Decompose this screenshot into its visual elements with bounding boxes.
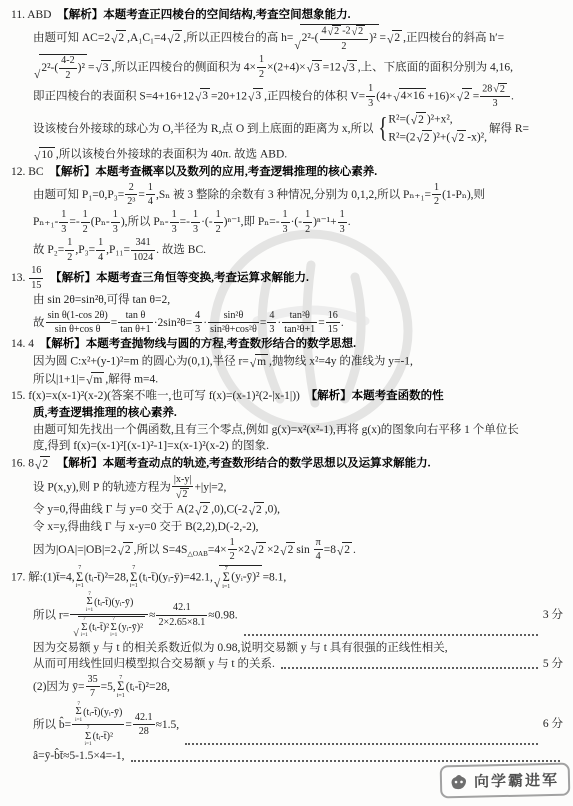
solution-line: √10,所以该棱台外接球的表面积为 40π. 故选 ABD. bbox=[10, 147, 565, 163]
solution-line: 质,考查逻辑推理的核心素养. bbox=[10, 406, 565, 421]
solution-line: 故 P₂=12,P₃=14,P₁₁=3411024. 故选 BC. bbox=[10, 237, 565, 263]
solution-text: 由题可知 P₁=0,P₃=22³=14,Sₙ 被 3 整除的余数有 3 种情况,… bbox=[33, 182, 485, 208]
solution-line: √2²-(4-22)²=√3,所以正四棱台的侧面积为 4×12×(2+4)×√3… bbox=[10, 54, 565, 81]
solution-text: â=ȳ-b̂t̄≈5-1.5×4=-1, bbox=[33, 749, 125, 764]
solution-text: 17. 解:(1)t̄=4,7Σi=1(tᵢ-t̄)²=28,7Σi=1(tᵢ-… bbox=[11, 565, 286, 591]
solution-text: 16. 8√2 【解析】本题考查动点的轨迹,考查数形结合的数学思想以及运算求解能… bbox=[11, 456, 431, 472]
solution-text: 所以 b̂=7Σi=1(tᵢ-t̄)(yᵢ-ȳ)7Σi=1(tᵢ-t̄)²=4… bbox=[33, 702, 179, 748]
solution-line: 14. 4 【解析】本题考查抛物线与圆的方程,考查数形结合的数学思想. bbox=[10, 337, 565, 352]
solution-line: 由 sin 2θ=sin²θ,可得 tan θ=2, bbox=[10, 293, 565, 308]
solution-text: 故sin θ(1-cos 2θ)sin θ+cos θ=tan θtan θ+1… bbox=[33, 310, 344, 336]
solution-text: 令 y=0,得曲线 Γ 与 y=0 交于 A(2√2,0),C(-2√2,0), bbox=[33, 502, 280, 518]
solution-text: 即正四棱台的表面积 S=4+16+12√3=20+12√3,正四棱台的体积 V=… bbox=[33, 83, 514, 110]
solution-text: 令 x=y,得曲线 Γ 与 x-y=0 交于 B(2,2),D(-2,-2), bbox=[33, 520, 259, 535]
solution-text: 从而可用线性回归模型拟合交易额 y 与 t 的关系. bbox=[33, 657, 275, 672]
solution-text: 13. 1615 【解析】本题考查三角恒等变换,考查运算求解能力. bbox=[11, 265, 309, 291]
dotted-leader bbox=[281, 661, 538, 669]
solution-line: 由题可知先找出一个偶函数,且有三个零点,例如 g(x)=x²(x²-1),再将 … bbox=[10, 423, 565, 438]
solution-text: 14. 4 【解析】本题考查抛物线与圆的方程,考查数形结合的数学思想. bbox=[11, 337, 356, 352]
solution-line: 即正四棱台的表面积 S=4+16+12√3=20+12√3,正四棱台的体积 V=… bbox=[10, 83, 565, 110]
solution-text: 因为|OA|=|OB|=2√2,所以 S=4S△OAB=4×12×2√2×2√2… bbox=[33, 537, 356, 563]
solution-line: 所以 r=7Σi=1(tᵢ-t̄)(yᵢ-ȳ)√7Σi=1(tᵢ-t̄)²7Σ… bbox=[10, 592, 565, 639]
solution-text: 由题可知 AC=2√2,A₁C₁=4√2,所以正四棱台的高 h=√2²-(4√2… bbox=[33, 24, 504, 52]
solution-line: 度,得到 f(x)=(x-1)²[(x-1)²-1]=x(x-1)²(x-2) … bbox=[10, 439, 565, 454]
solution-text: 故 P₂=12,P₃=14,P₁₁=3411024. 故选 BC. bbox=[33, 237, 206, 263]
solution-line: 所以 b̂=7Σi=1(tᵢ-t̄)(yᵢ-ȳ)7Σi=1(tᵢ-t̄)²=4… bbox=[10, 702, 565, 748]
solution-text: (2)因为 ȳ=357=5,7Σi=1(tᵢ-t̄)²=28, bbox=[33, 674, 170, 700]
solution-line: 16. 8√2 【解析】本题考查动点的轨迹,考查数形结合的数学思想以及运算求解能… bbox=[10, 456, 565, 472]
solution-text: 因为交易额 y 与 t 的相关系数近似为 0.98,说明交易额 y 与 t 具有… bbox=[33, 641, 448, 656]
solution-line: 由题可知 P₁=0,P₃=22³=14,Sₙ 被 3 整除的余数有 3 种情况,… bbox=[10, 182, 565, 208]
solution-text: 质,考查逻辑推理的核心素养. bbox=[33, 406, 177, 421]
solution-line: 13. 1615 【解析】本题考查三角恒等变换,考查运算求解能力. bbox=[10, 265, 565, 291]
solution-line: 故sin θ(1-cos 2θ)sin θ+cos θ=tan θtan θ+1… bbox=[10, 310, 565, 336]
solution-text: 所以|1+1|=√m,解得 m=4. bbox=[33, 372, 158, 388]
solution-line: (2)因为 ȳ=357=5,7Σi=1(tᵢ-t̄)²=28, bbox=[10, 674, 565, 700]
solution-text: 因为圆 C:x²+(y-1)²=m 的圆心为(0,1),半径 r=√m,抛物线 … bbox=[33, 354, 413, 370]
solution-lines: 11. ABD 【解析】本题考查正四棱台的空间结构,考查空间想象能力.由题可知 … bbox=[10, 8, 565, 765]
solution-line: 令 y=0,得曲线 Γ 与 y=0 交于 A(2√2,0),C(-2√2,0), bbox=[10, 502, 565, 518]
dotted-leader bbox=[244, 628, 538, 636]
dotted-leader bbox=[131, 754, 560, 762]
answer-key-page: 11. ABD 【解析】本题考查正四棱台的空间结构,考查空间想象能力.由题可知 … bbox=[0, 0, 573, 806]
solution-text: Pₙ₊₁-13=-12(Pₙ-13),所以 Pₙ-13=-13·(-12)ⁿ⁻¹… bbox=[33, 209, 351, 235]
solution-text: √2²-(4-22)²=√3,所以正四棱台的侧面积为 4×12×(2+4)×√3… bbox=[33, 54, 513, 81]
solution-line: 从而可用线性回归模型拟合交易额 y 与 t 的关系.5 分 bbox=[10, 657, 565, 672]
solution-line: 11. ABD 【解析】本题考查正四棱台的空间结构,考查空间想象能力. bbox=[10, 8, 565, 23]
solution-line: â=ȳ-b̂t̄≈5-1.5×4=-1, bbox=[10, 749, 565, 764]
solution-text: 由 sin 2θ=sin²θ,可得 tan θ=2, bbox=[33, 293, 170, 308]
solution-text: 设 P(x,y),则 P 的轨迹方程为|x-y|√2+|y|=2, bbox=[33, 474, 226, 501]
solution-text: 设该棱台外接球的球心为 O,半径为 R,点 O 到上底面的距离为 x,所以{R²… bbox=[33, 112, 529, 146]
solution-line: 设 P(x,y),则 P 的轨迹方程为|x-y|√2+|y|=2, bbox=[10, 474, 565, 501]
dotted-leader bbox=[185, 737, 538, 745]
solution-text: √10,所以该棱台外接球的表面积为 40π. 故选 ABD. bbox=[33, 147, 287, 163]
solution-line: 因为|OA|=|OB|=2√2,所以 S=4S△OAB=4×12×2√2×2√2… bbox=[10, 537, 565, 563]
score-label: 5 分 bbox=[543, 657, 565, 672]
mascot-logo-icon bbox=[449, 772, 469, 790]
solution-text: 所以 r=7Σi=1(tᵢ-t̄)(yᵢ-ȳ)√7Σi=1(tᵢ-t̄)²7Σ… bbox=[33, 592, 238, 639]
solution-text: 11. ABD 【解析】本题考查正四棱台的空间结构,考查空间想象能力. bbox=[11, 8, 350, 23]
solution-text: 度,得到 f(x)=(x-1)²[(x-1)²-1]=x(x-1)²(x-2) … bbox=[33, 439, 269, 454]
solution-line: 15. f(x)=x(x-1)²(x-2)(答案不唯一,也可写 f(x)=(x-… bbox=[10, 389, 565, 404]
solution-line: 设该棱台外接球的球心为 O,半径为 R,点 O 到上底面的距离为 x,所以{R²… bbox=[10, 112, 565, 146]
solution-text: 由题可知先找出一个偶函数,且有三个零点,例如 g(x)=x²(x²-1),再将 … bbox=[33, 423, 519, 438]
solution-text: 15. f(x)=x(x-1)²(x-2)(答案不唯一,也可写 f(x)=(x-… bbox=[11, 389, 444, 404]
solution-text: 12. BC 【解析】本题考查概率以及数列的应用,考查逻辑推理的核心素养. bbox=[11, 165, 377, 180]
solution-line: 因为交易额 y 与 t 的相关系数近似为 0.98,说明交易额 y 与 t 具有… bbox=[10, 641, 565, 656]
solution-line: 17. 解:(1)t̄=4,7Σi=1(tᵢ-t̄)²=28,7Σi=1(tᵢ-… bbox=[10, 565, 565, 591]
watermark-badge: 向学霸进军 bbox=[440, 763, 571, 799]
solution-line: 由题可知 AC=2√2,A₁C₁=4√2,所以正四棱台的高 h=√2²-(4√2… bbox=[10, 24, 565, 52]
watermark-text: 向学霸进军 bbox=[474, 769, 559, 792]
solution-line: 因为圆 C:x²+(y-1)²=m 的圆心为(0,1),半径 r=√m,抛物线 … bbox=[10, 354, 565, 370]
solution-line: 12. BC 【解析】本题考查概率以及数列的应用,考查逻辑推理的核心素养. bbox=[10, 165, 565, 180]
solution-line: Pₙ₊₁-13=-12(Pₙ-13),所以 Pₙ-13=-13·(-12)ⁿ⁻¹… bbox=[10, 209, 565, 235]
solution-line: 令 x=y,得曲线 Γ 与 x-y=0 交于 B(2,2),D(-2,-2), bbox=[10, 520, 565, 535]
score-label: 3 分 bbox=[543, 608, 565, 623]
score-label: 6 分 bbox=[543, 717, 565, 732]
solution-line: 所以|1+1|=√m,解得 m=4. bbox=[10, 372, 565, 388]
